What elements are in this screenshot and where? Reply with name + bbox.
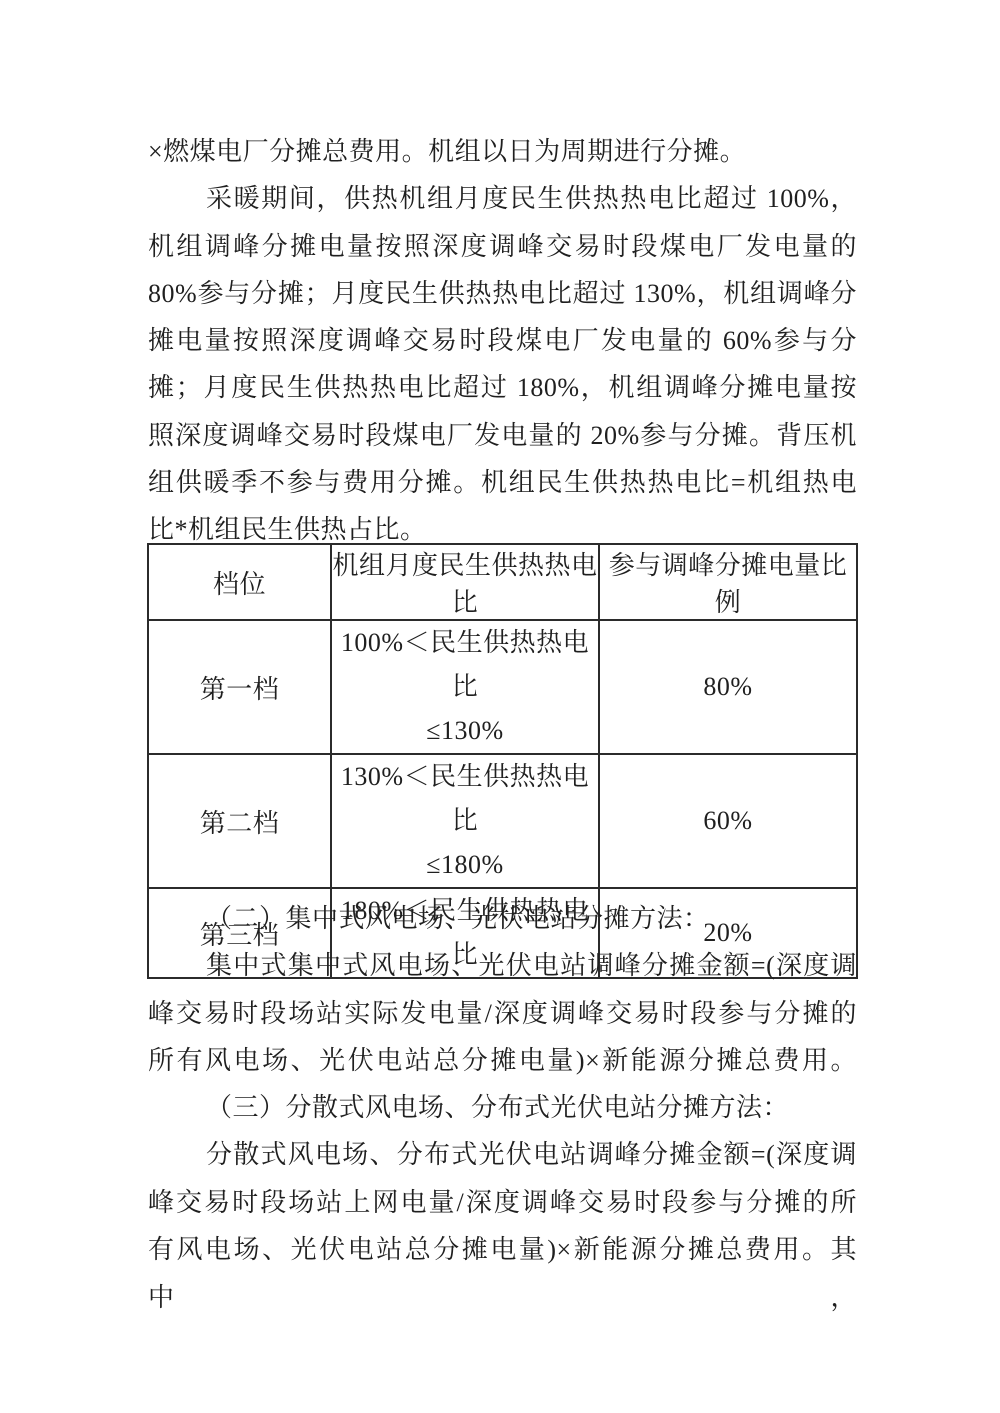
section-heading: （三）分散式风电场、分布式光伏电站分摊方法： <box>148 1084 857 1132</box>
text-line: 摊电量按照深度调峰交易时段煤电厂发电量的 60%参与分 <box>148 317 857 365</box>
table-row: 第一档 100%＜民生供热热电比 ≤130% 80% <box>148 620 857 754</box>
text-line: 所有风电场、光伏电站总分摊电量)×新能源分摊总费用。 <box>148 1037 857 1085</box>
condition-line: ≤180% <box>332 843 598 887</box>
text-line: 采暖期间，供热机组月度民生供热热电比超过 100%， <box>148 175 857 223</box>
condition-line: 130%＜民生供热热电比 <box>332 755 598 843</box>
ratio-cell: 80% <box>599 620 857 754</box>
text-line: 照深度调峰交易时段煤电厂发电量的 20%参与分摊。背压机 <box>148 412 857 460</box>
document-page: ×燃煤电厂分摊总费用。机组以日为周期进行分摊。 采暖期间，供热机组月度民生供热热… <box>0 0 1000 1413</box>
table-header-row: 档位 机组月度民生供热热电比 参与调峰分摊电量比例 <box>148 544 857 620</box>
text-line: 集中式集中式风电场、光伏电站调峰分摊金额=(深度调 <box>148 942 857 990</box>
text-line: 80%参与分摊；月度民生供热热电比超过 130%，机组调峰分 <box>148 270 857 318</box>
document-body: ×燃煤电厂分摊总费用。机组以日为周期进行分摊。 采暖期间，供热机组月度民生供热热… <box>148 0 857 1413</box>
condition-cell: 100%＜民生供热热电比 ≤130% <box>331 620 599 754</box>
condition-line: 100%＜民生供热热电比 <box>332 621 598 709</box>
text-line: 峰交易时段场站实际发电量/深度调峰交易时段参与分摊的 <box>148 990 857 1038</box>
table-row: 第二档 130%＜民生供热热电比 ≤180% 60% <box>148 754 857 888</box>
condition-cell: 130%＜民生供热热电比 ≤180% <box>331 754 599 888</box>
section-heading: （二）集中式风电场、光伏电站分摊方法： <box>148 895 857 943</box>
text-line: 摊；月度民生供热热电比超过 180%，机组调峰分摊电量按 <box>148 364 857 412</box>
tier-cell: 第二档 <box>148 754 331 888</box>
condition-line: ≤130% <box>332 709 598 753</box>
text-line: 峰交易时段场站上网电量/深度调峰交易时段参与分摊的所 <box>148 1179 857 1227</box>
tier-cell: 第一档 <box>148 620 331 754</box>
column-header-ratio: 参与调峰分摊电量比例 <box>599 544 857 620</box>
column-header-condition: 机组月度民生供热热电比 <box>331 544 599 620</box>
text-line: 分散式风电场、分布式光伏电站调峰分摊金额=(深度调 <box>148 1131 857 1179</box>
text-line: 机组调峰分摊电量按照深度调峰交易时段煤电厂发电量的 <box>148 223 857 271</box>
column-header-tier: 档位 <box>148 544 331 620</box>
text-line: 有风电场、光伏电站总分摊电量)×新能源分摊总费用。其中， <box>148 1226 857 1274</box>
text-line: ×燃煤电厂分摊总费用。机组以日为周期进行分摊。 <box>148 128 857 176</box>
ratio-cell: 60% <box>599 754 857 888</box>
text-line: 组供暖季不参与费用分摊。机组民生供热热电比=机组热电 <box>148 459 857 507</box>
